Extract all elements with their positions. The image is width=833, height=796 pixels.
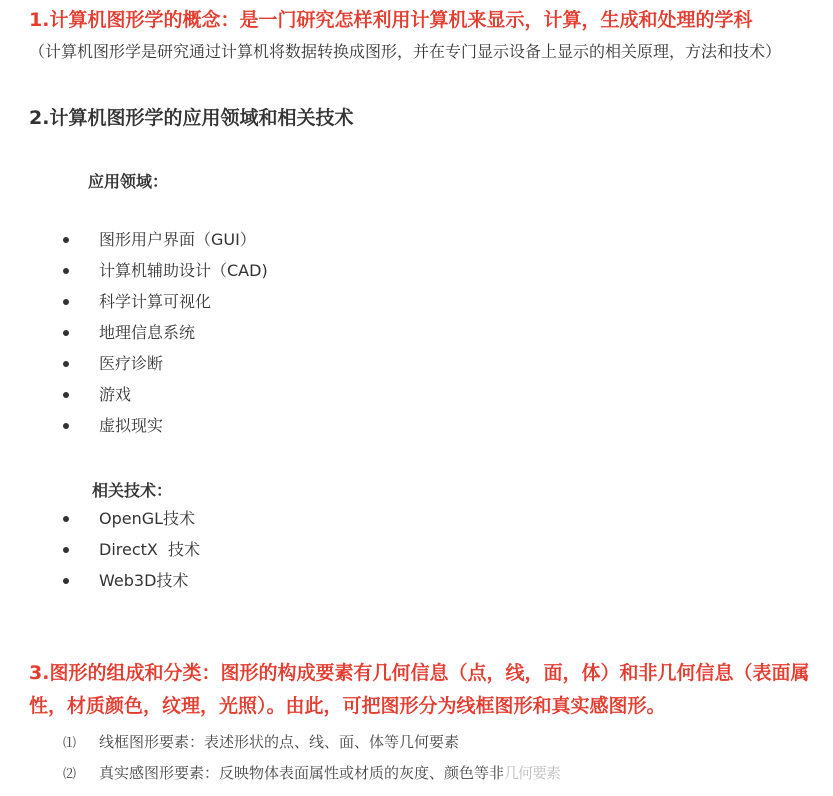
point-text: 线框图形要素：表述形状的点、线、面、体等几何要素 [99, 733, 459, 751]
section3-heading: 3.图形的组成和分类：图形的构成要素有几何信息（点，线，面，体）和非几何信息（表… [29, 657, 819, 723]
point-1: ⑴线框图形要素：表述形状的点、线、面、体等几何要素 [63, 731, 459, 752]
applications-label: 应用领域： [88, 169, 168, 192]
section1-description: （计算机图形学是研究通过计算机将数据转换成图形，并在专门显示设备上显示的相关原理… [29, 38, 819, 66]
point-2: ⑵真实感图形要素：反映物体表面属性或材质的灰度、颜色等非几何要素 [63, 762, 560, 783]
watermark-overlay: 几何要素 [504, 762, 560, 783]
point-number: ⑵ [63, 763, 99, 782]
bullet-icon [63, 361, 69, 367]
technologies-label: 相关技术： [92, 478, 172, 501]
bullet-icon [63, 299, 69, 305]
bullet-icon [63, 392, 69, 398]
bullet-icon [63, 578, 69, 584]
section2-heading: 2.计算机图形学的应用领域和相关技术 [29, 103, 353, 130]
next-heading-cut-off [80, 790, 180, 796]
bullet-icon [63, 547, 69, 553]
bullet-icon [63, 423, 69, 429]
point-text: 真实感图形要素：反映物体表面属性或材质的灰度、颜色等非 [99, 764, 504, 782]
section1-heading: 1.计算机图形学的概念：是一门研究怎样利用计算机来显示，计算，生成和处理的学科 [29, 5, 752, 32]
bullet-icon [63, 237, 69, 243]
bullet-icon [63, 516, 69, 522]
point-number: ⑴ [63, 732, 99, 751]
bullet-icon [63, 268, 69, 274]
bullet-icon [63, 330, 69, 336]
